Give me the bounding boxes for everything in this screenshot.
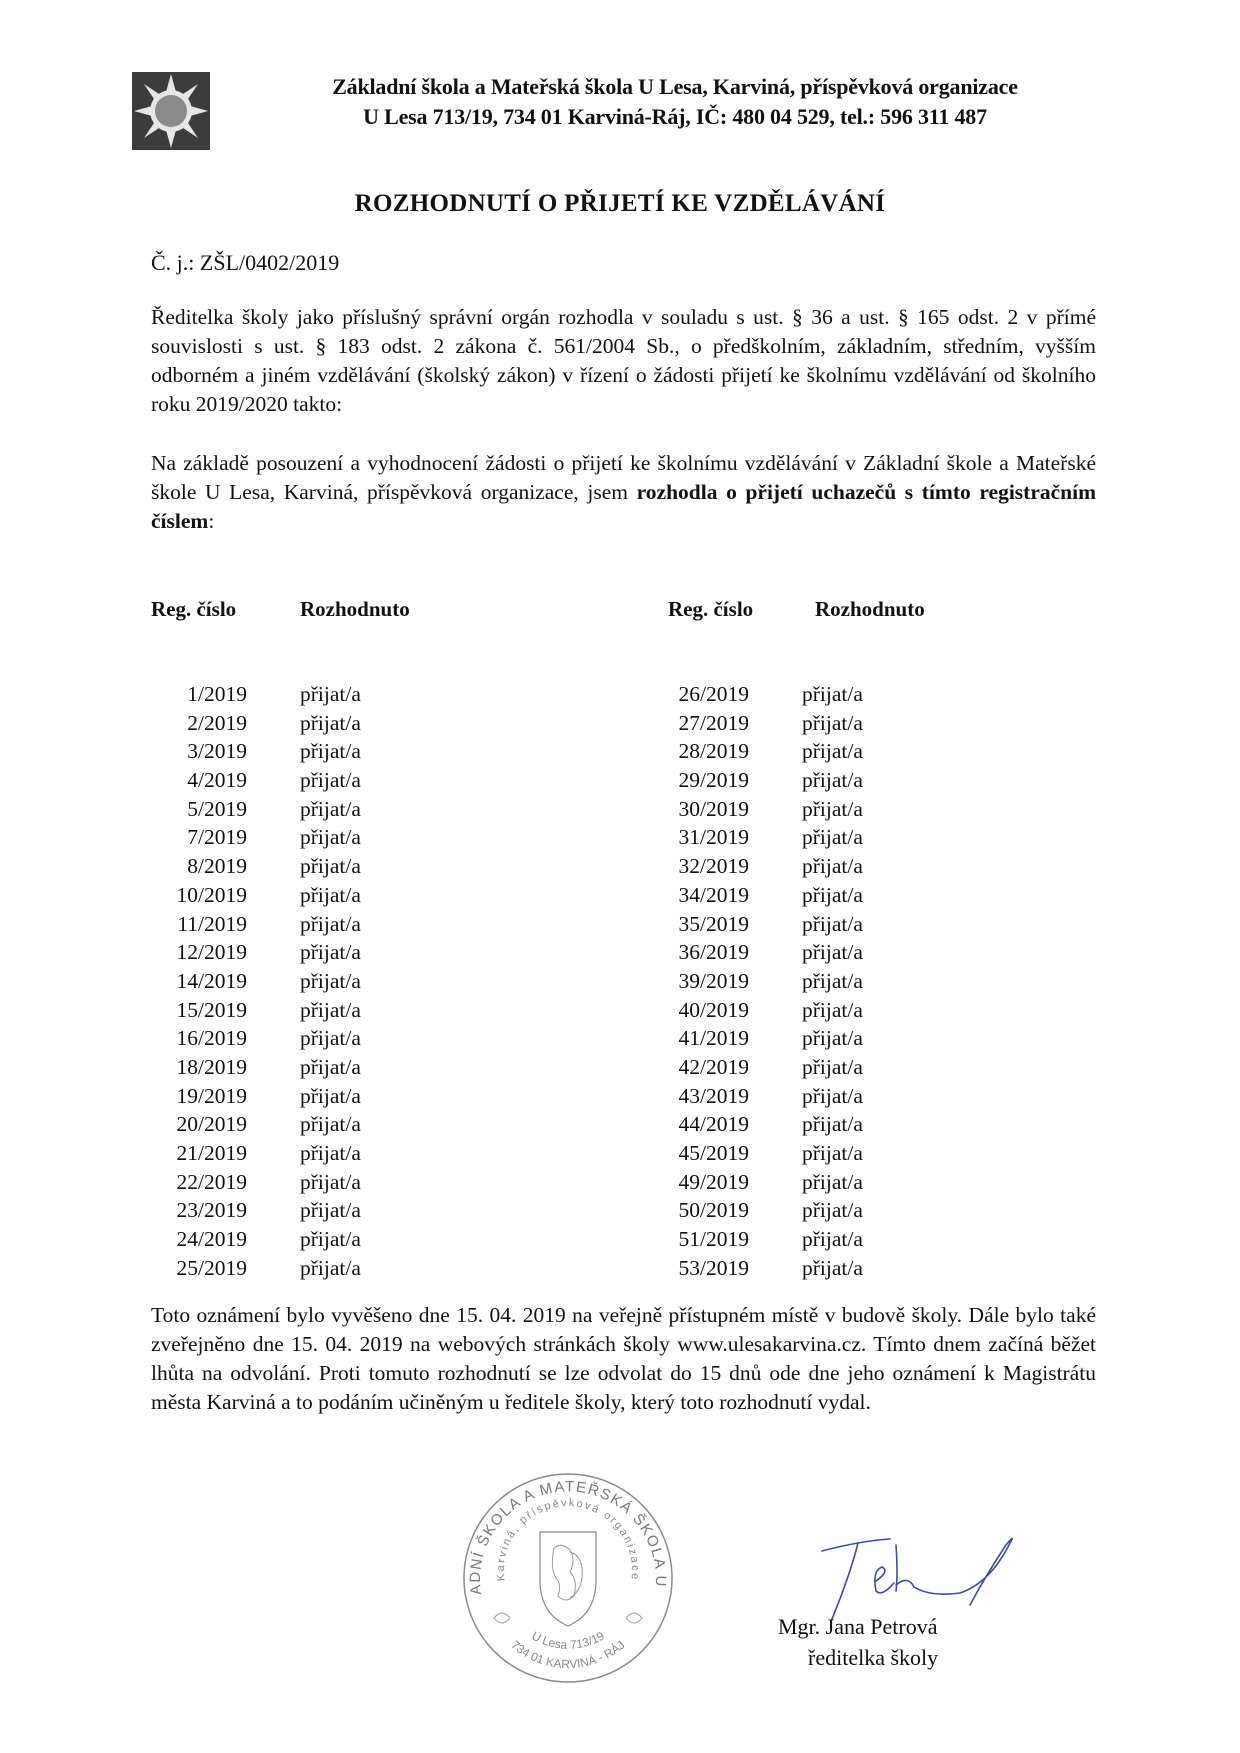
decision-value: přijat/a bbox=[802, 1110, 863, 1139]
decision-value: přijat/a bbox=[300, 1196, 361, 1225]
stamp-address: U Lesa 713/19 bbox=[529, 1628, 607, 1651]
registration-number: 50/2019 bbox=[653, 1196, 749, 1225]
decision-value: přijat/a bbox=[300, 1024, 361, 1053]
table-row: 40/2019přijat/a bbox=[653, 996, 863, 1025]
table-row: 41/2019přijat/a bbox=[653, 1024, 863, 1053]
decision-value: přijat/a bbox=[802, 766, 863, 795]
decision-value: přijat/a bbox=[300, 967, 361, 996]
decision-value: přijat/a bbox=[802, 1139, 863, 1168]
table-row: 3/2019přijat/a bbox=[151, 737, 361, 766]
table-row: 27/2019přijat/a bbox=[653, 709, 863, 738]
table-row: 12/2019přijat/a bbox=[151, 938, 361, 967]
registration-number: 41/2019 bbox=[653, 1024, 749, 1053]
decision-value: přijat/a bbox=[802, 823, 863, 852]
registration-number: 14/2019 bbox=[151, 967, 247, 996]
decision-value: přijat/a bbox=[802, 1053, 863, 1082]
table-row: 20/2019přijat/a bbox=[151, 1110, 361, 1139]
signer-role: ředitelka školy bbox=[808, 1645, 938, 1671]
decision-value: přijat/a bbox=[300, 1225, 361, 1254]
table-row: 26/2019přijat/a bbox=[653, 680, 863, 709]
table-row: 15/2019přijat/a bbox=[151, 996, 361, 1025]
decision-value: přijat/a bbox=[802, 938, 863, 967]
table-row: 4/2019přijat/a bbox=[151, 766, 361, 795]
decision-value: přijat/a bbox=[802, 1024, 863, 1053]
table-row: 25/2019přijat/a bbox=[151, 1254, 361, 1283]
svg-text:U Lesa 713/19: U Lesa 713/19 bbox=[529, 1628, 607, 1651]
table-row: 30/2019přijat/a bbox=[653, 795, 863, 824]
decision-value: přijat/a bbox=[802, 852, 863, 881]
table-row: 19/2019přijat/a bbox=[151, 1082, 361, 1111]
registration-number: 1/2019 bbox=[151, 680, 247, 709]
registration-number: 49/2019 bbox=[653, 1168, 749, 1197]
decision-value: přijat/a bbox=[300, 1254, 361, 1283]
registration-number: 35/2019 bbox=[653, 910, 749, 939]
registration-number: 42/2019 bbox=[653, 1053, 749, 1082]
decision-statement-end: : bbox=[208, 509, 214, 533]
registration-number: 18/2019 bbox=[151, 1053, 247, 1082]
registration-number: 30/2019 bbox=[653, 795, 749, 824]
handwritten-signature bbox=[820, 1535, 1030, 1625]
registration-number: 32/2019 bbox=[653, 852, 749, 881]
table-row: 22/2019přijat/a bbox=[151, 1168, 361, 1197]
registration-number: 27/2019 bbox=[653, 709, 749, 738]
right-header-decision: Rozhodnuto bbox=[815, 597, 925, 622]
organization-header: Základní škola a Mateřská škola U Lesa, … bbox=[240, 72, 1110, 132]
registration-number: 31/2019 bbox=[653, 823, 749, 852]
decision-value: přijat/a bbox=[300, 1168, 361, 1197]
registration-number: 39/2019 bbox=[653, 967, 749, 996]
table-row: 2/2019přijat/a bbox=[151, 709, 361, 738]
organization-address: U Lesa 713/19, 734 01 Karviná-Ráj, IČ: 4… bbox=[240, 102, 1110, 132]
registration-number: 15/2019 bbox=[151, 996, 247, 1025]
decision-value: přijat/a bbox=[802, 967, 863, 996]
decision-value: přijat/a bbox=[300, 680, 361, 709]
registration-number: 7/2019 bbox=[151, 823, 247, 852]
left-header-reg: Reg. číslo bbox=[151, 597, 236, 622]
decision-value: přijat/a bbox=[802, 1082, 863, 1111]
table-row: 42/2019přijat/a bbox=[653, 1053, 863, 1082]
registration-number: 34/2019 bbox=[653, 881, 749, 910]
decision-value: přijat/a bbox=[802, 881, 863, 910]
reference-number: Č. j.: ZŠL/0402/2019 bbox=[151, 250, 339, 276]
table-row: 31/2019přijat/a bbox=[653, 823, 863, 852]
registration-number: 10/2019 bbox=[151, 881, 247, 910]
left-header-decision: Rozhodnuto bbox=[300, 597, 410, 622]
decision-value: přijat/a bbox=[300, 737, 361, 766]
decision-value: přijat/a bbox=[300, 709, 361, 738]
table-row: 53/2019přijat/a bbox=[653, 1254, 863, 1283]
decision-value: přijat/a bbox=[300, 795, 361, 824]
decision-value: přijat/a bbox=[802, 680, 863, 709]
decision-value: přijat/a bbox=[802, 1254, 863, 1283]
registration-number: 28/2019 bbox=[653, 737, 749, 766]
table-row: 1/2019přijat/a bbox=[151, 680, 361, 709]
table-row: 49/2019přijat/a bbox=[653, 1168, 863, 1197]
decision-legal-basis: Ředitelka školy jako příslušný správní o… bbox=[151, 303, 1096, 419]
decision-value: přijat/a bbox=[802, 795, 863, 824]
registration-number: 16/2019 bbox=[151, 1024, 247, 1053]
registration-number: 25/2019 bbox=[151, 1254, 247, 1283]
admitted-list-left: 1/2019přijat/a2/2019přijat/a3/2019přijat… bbox=[151, 680, 361, 1282]
table-row: 28/2019přijat/a bbox=[653, 737, 863, 766]
table-row: 14/2019přijat/a bbox=[151, 967, 361, 996]
registration-number: 44/2019 bbox=[653, 1110, 749, 1139]
registration-number: 40/2019 bbox=[653, 996, 749, 1025]
table-row: 44/2019přijat/a bbox=[653, 1110, 863, 1139]
decision-value: přijat/a bbox=[300, 1082, 361, 1111]
table-row: 18/2019přijat/a bbox=[151, 1053, 361, 1082]
table-row: 35/2019přijat/a bbox=[653, 910, 863, 939]
table-row: 7/2019přijat/a bbox=[151, 823, 361, 852]
table-row: 34/2019přijat/a bbox=[653, 881, 863, 910]
registration-number: 3/2019 bbox=[151, 737, 247, 766]
registration-number: 2/2019 bbox=[151, 709, 247, 738]
registration-number: 26/2019 bbox=[653, 680, 749, 709]
admitted-list-right: 26/2019přijat/a27/2019přijat/a28/2019při… bbox=[653, 680, 863, 1282]
registration-number: 5/2019 bbox=[151, 795, 247, 824]
right-header-reg: Reg. číslo bbox=[668, 597, 753, 622]
decision-value: přijat/a bbox=[300, 910, 361, 939]
table-row: 43/2019přijat/a bbox=[653, 1082, 863, 1111]
decision-statement: Na základě posouzení a vyhodnocení žádos… bbox=[151, 449, 1096, 536]
registration-number: 24/2019 bbox=[151, 1225, 247, 1254]
decision-value: přijat/a bbox=[300, 938, 361, 967]
registration-number: 43/2019 bbox=[653, 1082, 749, 1111]
table-row: 36/2019přijat/a bbox=[653, 938, 863, 967]
registration-number: 21/2019 bbox=[151, 1139, 247, 1168]
document-page: Základní škola a Mateřská škola U Lesa, … bbox=[0, 0, 1240, 1753]
table-row: 50/2019přijat/a bbox=[653, 1196, 863, 1225]
registration-number: 23/2019 bbox=[151, 1196, 247, 1225]
registration-number: 45/2019 bbox=[653, 1139, 749, 1168]
registration-number: 4/2019 bbox=[151, 766, 247, 795]
table-row: 39/2019přijat/a bbox=[653, 967, 863, 996]
registration-number: 19/2019 bbox=[151, 1082, 247, 1111]
decision-value: přijat/a bbox=[802, 1225, 863, 1254]
table-row: 23/2019přijat/a bbox=[151, 1196, 361, 1225]
table-row: 11/2019přijat/a bbox=[151, 910, 361, 939]
decision-value: přijat/a bbox=[802, 1168, 863, 1197]
table-row: 16/2019přijat/a bbox=[151, 1024, 361, 1053]
registration-number: 8/2019 bbox=[151, 852, 247, 881]
table-row: 51/2019přijat/a bbox=[653, 1225, 863, 1254]
registration-number: 22/2019 bbox=[151, 1168, 247, 1197]
table-row: 8/2019přijat/a bbox=[151, 852, 361, 881]
decision-value: přijat/a bbox=[802, 996, 863, 1025]
decision-value: přijat/a bbox=[802, 1196, 863, 1225]
registration-number: 53/2019 bbox=[653, 1254, 749, 1283]
publication-notice: Toto oznámení bylo vyvěšeno dne 15. 04. … bbox=[151, 1301, 1096, 1417]
organization-name: Základní škola a Mateřská škola U Lesa, … bbox=[240, 72, 1110, 102]
table-row: 45/2019přijat/a bbox=[653, 1139, 863, 1168]
decision-value: přijat/a bbox=[300, 1053, 361, 1082]
decision-value: přijat/a bbox=[802, 709, 863, 738]
decision-value: přijat/a bbox=[300, 852, 361, 881]
coat-of-arms-lion-icon bbox=[540, 1532, 596, 1626]
decision-value: přijat/a bbox=[300, 1139, 361, 1168]
table-row: 29/2019přijat/a bbox=[653, 766, 863, 795]
table-row: 21/2019přijat/a bbox=[151, 1139, 361, 1168]
registration-number: 29/2019 bbox=[653, 766, 749, 795]
sun-logo-icon bbox=[132, 72, 210, 150]
decision-value: přijat/a bbox=[300, 996, 361, 1025]
table-row: 32/2019přijat/a bbox=[653, 852, 863, 881]
signer-name: Mgr. Jana Petrová bbox=[778, 1614, 937, 1640]
decision-value: přijat/a bbox=[802, 910, 863, 939]
registration-number: 11/2019 bbox=[151, 910, 247, 939]
registration-number: 51/2019 bbox=[653, 1225, 749, 1254]
decision-value: přijat/a bbox=[300, 766, 361, 795]
decision-value: přijat/a bbox=[300, 823, 361, 852]
school-stamp: ZÁKLADNÍ ŠKOLA A MATEŘSKÁ ŠKOLA U LESA K… bbox=[458, 1468, 678, 1688]
decision-value: přijat/a bbox=[300, 881, 361, 910]
registration-number: 36/2019 bbox=[653, 938, 749, 967]
registration-number: 12/2019 bbox=[151, 938, 247, 967]
registration-number: 20/2019 bbox=[151, 1110, 247, 1139]
document-title: ROZHODNUTÍ O PŘIJETÍ KE VZDĚLÁVÁNÍ bbox=[0, 190, 1240, 218]
table-row: 24/2019přijat/a bbox=[151, 1225, 361, 1254]
table-row: 10/2019přijat/a bbox=[151, 881, 361, 910]
table-row: 5/2019přijat/a bbox=[151, 795, 361, 824]
decision-value: přijat/a bbox=[300, 1110, 361, 1139]
decision-value: přijat/a bbox=[802, 737, 863, 766]
